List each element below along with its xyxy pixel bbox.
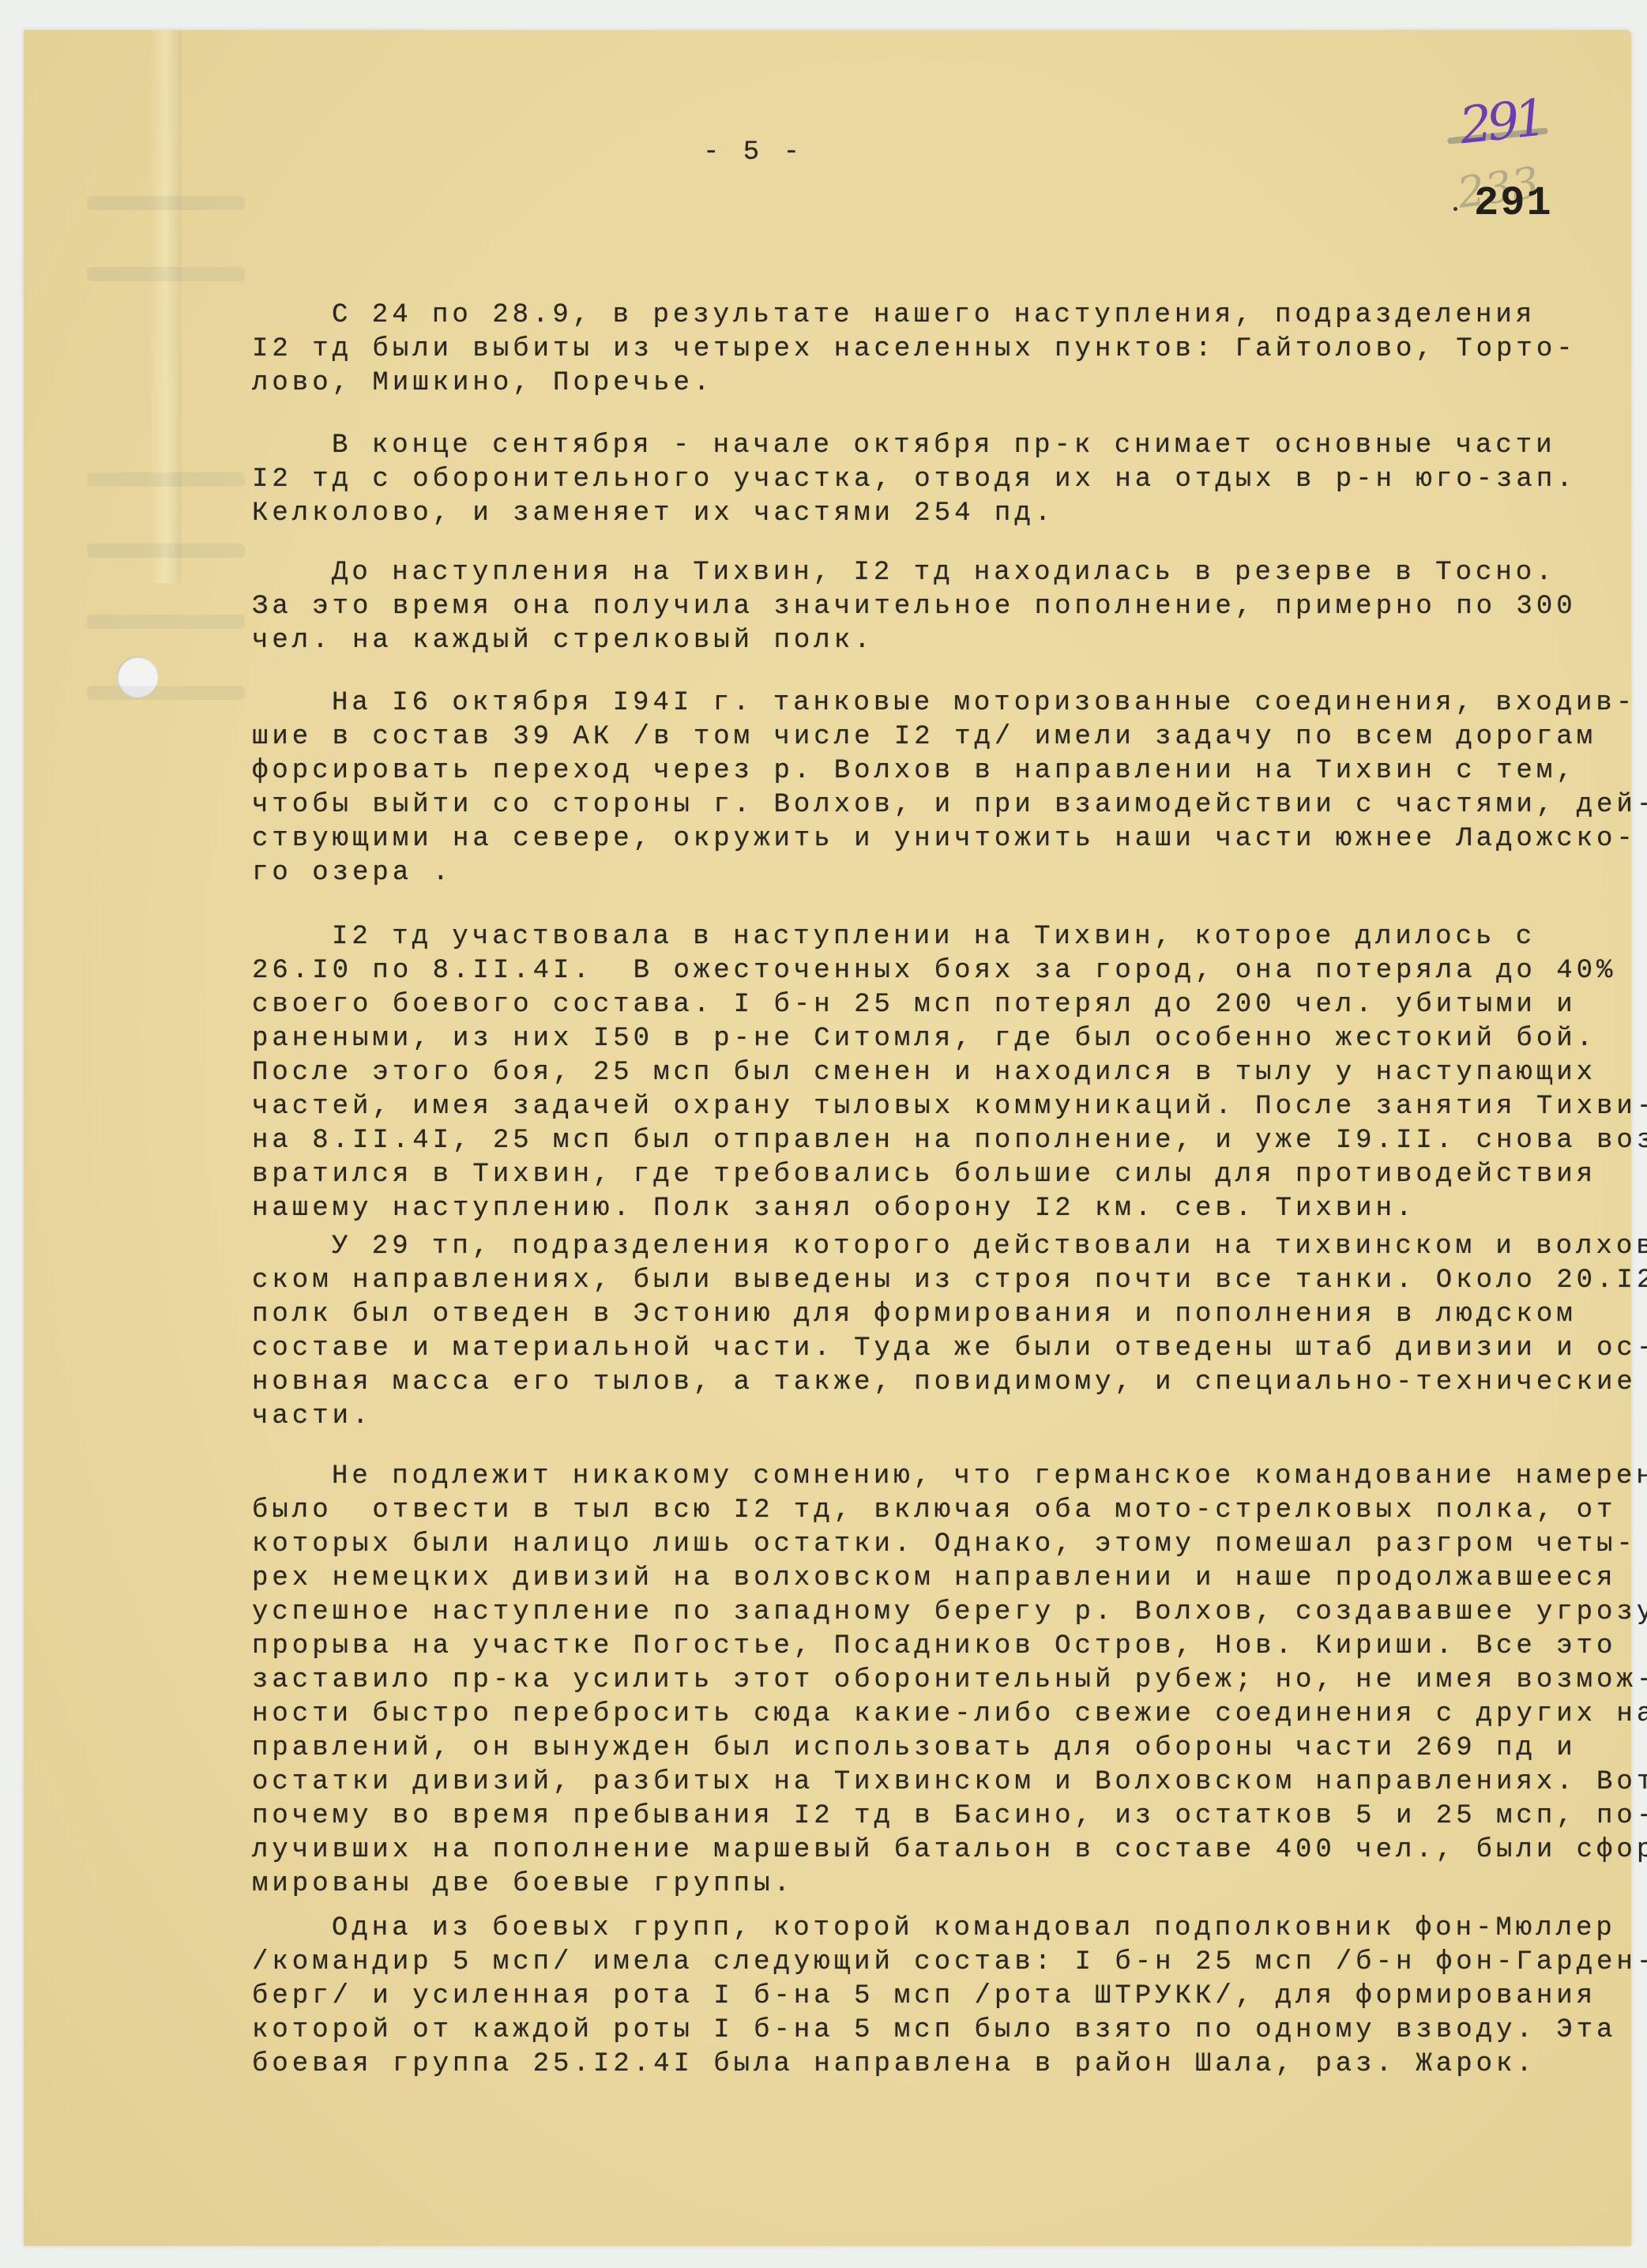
text-line: составе и материальной части. Туда же бы…: [252, 1332, 1647, 1366]
text-line: правлений, он вынужден был использовать …: [252, 1732, 1647, 1766]
bleed-through-mark: [87, 615, 245, 629]
text-line: Келколово, и заменяет их частями 254 пд.: [252, 497, 1577, 531]
text-line: почему во время пребывания I2 тд в Басин…: [252, 1800, 1647, 1834]
text-line: лучивших на пополнение маршевый батальон…: [252, 1834, 1647, 1867]
text-line: успешное наступление по западному берегу…: [252, 1596, 1647, 1630]
text-line: форсировать переход через р. Волхов в на…: [252, 754, 1647, 788]
text-line: У 29 тп, подразделения которого действов…: [252, 1230, 1647, 1264]
text-line: го озера .: [252, 856, 1647, 890]
text-line: 26.I0 по 8.II.4I. В ожесточенных боях за…: [252, 954, 1647, 988]
text-line: своего боевого состава. I б-н 25 мсп пот…: [252, 988, 1647, 1022]
text-line: новная масса его тылов, а также, повидим…: [252, 1366, 1647, 1400]
text-line: полк был отведен в Эстонию для формирова…: [252, 1298, 1647, 1332]
text-line: После этого боя, 25 мсп был сменен и нах…: [252, 1056, 1647, 1090]
text-line: ности быстро перебросить сюда какие-либо…: [252, 1698, 1647, 1732]
text-line: I2 тд участвовала в наступлении на Тихви…: [252, 920, 1647, 954]
text-line: ском направлениях, были выведены из стро…: [252, 1264, 1647, 1298]
text-line: боевая группа 25.I2.4I была направлена в…: [252, 2048, 1647, 2082]
stamped-folio-number: 291: [1474, 180, 1553, 227]
bleed-through-mark: [87, 686, 245, 700]
text-line: чтобы выйти со стороны г. Волхов, и при …: [252, 788, 1647, 822]
handwritten-folio-number: 291: [1457, 89, 1544, 156]
paragraph: Не подлежит никакому сомнению, что герма…: [252, 1460, 1647, 1901]
paragraph: У 29 тп, подразделения которого действов…: [252, 1230, 1647, 1434]
text-line: мированы две боевые группы.: [252, 1867, 1647, 1901]
text-line: частей, имея задачей охрану тыловых комм…: [252, 1090, 1647, 1124]
bleed-through-mark: [87, 472, 245, 487]
ink-dot: [1453, 207, 1457, 211]
bleed-through-mark: [87, 267, 245, 281]
text-line: которых были налицо лишь остатки. Однако…: [252, 1528, 1647, 1562]
text-line: ранеными, из них I50 в р-не Ситомля, где…: [252, 1022, 1647, 1056]
text-line: Одна из боевых групп, которой командовал…: [252, 1912, 1647, 1946]
text-line: В конце сентября - начале октября пр-к с…: [252, 429, 1577, 463]
paragraph: В конце сентября - начале октября пр-к с…: [252, 429, 1577, 531]
paper-fold: [150, 30, 182, 583]
paragraph: До наступления на Тихвин, I2 тд находила…: [252, 556, 1577, 658]
text-line: остатки дивизий, разбитых на Тихвинском …: [252, 1766, 1647, 1800]
paragraph: С 24 по 28.9, в результате нашего наступ…: [252, 299, 1577, 401]
text-line: было отвести в тыл всю I2 тд, включая об…: [252, 1494, 1647, 1528]
text-line: прорыва на участке Погостье, Посадников …: [252, 1630, 1647, 1664]
text-line: ствующими на севере, окружить и уничтожи…: [252, 822, 1647, 856]
paragraph: I2 тд участвовала в наступлении на Тихви…: [252, 920, 1647, 1226]
paragraph: На I6 октября I94I г. танковые моторизов…: [252, 686, 1647, 890]
text-line: берг/ и усиленная рота I б-на 5 мсп /рот…: [252, 1980, 1647, 2014]
text-line: лово, Мишкино, Поречье.: [252, 367, 1577, 401]
text-line: На I6 октября I94I г. танковые моторизов…: [252, 686, 1647, 720]
text-line: /командир 5 мсп/ имела следующий состав:…: [252, 1946, 1647, 1980]
text-line: которой от каждой роты I б-на 5 мсп было…: [252, 2014, 1647, 2048]
page-number: - 5 -: [703, 136, 803, 170]
text-line: на 8.II.4I, 25 мсп был отправлен на попо…: [252, 1124, 1647, 1158]
text-line: вратился в Тихвин, где требовались больш…: [252, 1158, 1647, 1192]
text-line: чел. на каждый стрелковый полк.: [252, 624, 1577, 658]
text-line: I2 тд с оборонительного участка, отводя …: [252, 463, 1577, 497]
text-line: С 24 по 28.9, в результате нашего наступ…: [252, 299, 1577, 333]
bleed-through-mark: [87, 196, 245, 210]
text-line: За это время она получила значительное п…: [252, 590, 1577, 624]
text-line: нашему наступлению. Полк занял оборону I…: [252, 1192, 1647, 1226]
text-line: До наступления на Тихвин, I2 тд находила…: [252, 556, 1577, 590]
text-line: I2 тд были выбиты из четырех населенных …: [252, 333, 1577, 367]
text-line: шие в состав 39 АК /в том числе I2 тд/ и…: [252, 720, 1647, 754]
text-line: заставило пр-ка усилить этот оборонитель…: [252, 1664, 1647, 1698]
text-line: Не подлежит никакому сомнению, что герма…: [252, 1460, 1647, 1494]
bleed-through-mark: [87, 543, 245, 558]
text-line: рех немецких дивизий на волховском напра…: [252, 1562, 1647, 1596]
text-line: части.: [252, 1400, 1647, 1434]
paragraph: Одна из боевых групп, которой командовал…: [252, 1912, 1647, 2082]
